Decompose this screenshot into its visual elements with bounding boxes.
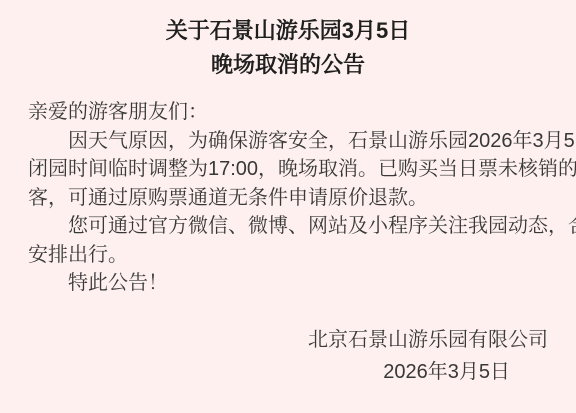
paragraph1-line-3: 客，可通过原购票通道无条件申请原价退款。 bbox=[28, 184, 548, 213]
closing-statement: 特此公告！ bbox=[28, 269, 548, 298]
title-line-1: 关于石景山游乐园3月5日 bbox=[28, 14, 548, 48]
signature-company: 北京石景山游乐园有限公司 bbox=[28, 324, 548, 356]
signature-date: 2026年3月5日 bbox=[28, 356, 548, 388]
salutation: 亲爱的游客朋友们： bbox=[28, 98, 548, 127]
announcement-page: 关于石景山游乐园3月5日 晚场取消的公告 亲爱的游客朋友们： 因天气原因，为确保… bbox=[0, 0, 576, 413]
paragraph2-line-1: 您可通过官方微信、微博、网站及小程序关注我园动态，合理 bbox=[28, 212, 548, 241]
announcement-body: 亲爱的游客朋友们： 因天气原因，为确保游客安全，石景山游乐园2026年3月5日 … bbox=[28, 98, 548, 298]
title-line-2: 晚场取消的公告 bbox=[28, 48, 548, 82]
signature-block: 北京石景山游乐园有限公司 2026年3月5日 bbox=[28, 324, 548, 388]
paragraph2-line-2: 安排出行。 bbox=[28, 241, 548, 270]
paragraph1-line-2: 闭园时间临时调整为17:00，晚场取消。已购买当日票未核销的游 bbox=[28, 155, 548, 184]
paragraph1-line-1: 因天气原因，为确保游客安全，石景山游乐园2026年3月5日 bbox=[28, 127, 548, 156]
announcement-title: 关于石景山游乐园3月5日 晚场取消的公告 bbox=[28, 14, 548, 82]
